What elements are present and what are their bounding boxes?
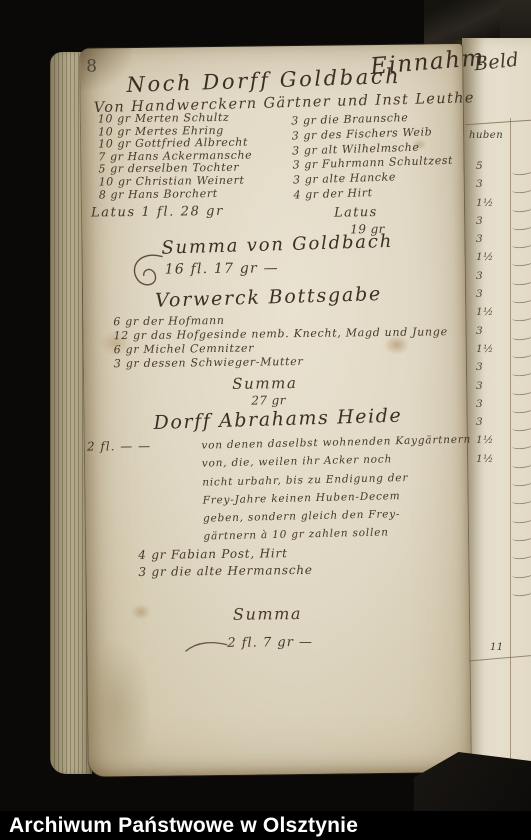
vorwerk-entry-list: 6 gr der Hofmann12 gr das Hofgesinde nem… <box>113 311 448 371</box>
facing-page-sliver: Beld huben 531½331½331½31½33331½1½ 11 <box>462 38 531 770</box>
huben-value-row: 1½ <box>466 343 530 361</box>
huben-value-row: 3 <box>466 380 530 398</box>
left-latus-total: Latus 1 fl. 28 gr <box>91 204 224 221</box>
huben-value-row: 1½ <box>466 453 530 471</box>
edge-stain <box>81 638 153 779</box>
vorwerk-summa-label: Summa <box>232 374 298 393</box>
archive-name-label: Archiwum Państwowe w Olsztynie <box>9 814 358 837</box>
huben-value-row: 3 <box>466 288 530 306</box>
huben-value-row: 3 <box>466 325 530 343</box>
vorwerk-summa-value: 27 gr <box>251 393 286 407</box>
section-heading: Noch Dorff Goldbach <box>126 64 402 97</box>
huben-value-row <box>466 526 530 544</box>
huben-value-row: 3 <box>466 416 530 434</box>
facing-page-column-header: huben <box>469 130 503 141</box>
huben-value-row <box>466 581 530 599</box>
huben-value-row: 1½ <box>466 251 530 269</box>
huben-value-row <box>466 544 530 562</box>
vorwerk-heading: Vorwerck Bottsgabe <box>155 283 383 312</box>
abrahamsheide-entry-list: 4 gr Fabian Post, Hirt3 gr die alte Herm… <box>138 545 313 580</box>
huben-value-row: 1½ <box>466 306 530 324</box>
huben-value-row <box>466 471 530 489</box>
page-number: 8 <box>86 56 97 76</box>
table-rule <box>465 120 531 126</box>
abrahamsheide-note: von denen daselbst wohnenden Kaygärtnern… <box>201 431 473 547</box>
abrahamsheide-summa-label: Summa <box>233 604 302 624</box>
huben-value-row <box>466 563 530 581</box>
foxing-stain <box>131 604 151 620</box>
huben-value-row: 5 <box>466 160 530 178</box>
huben-value-row: 3 <box>466 233 530 251</box>
manuscript-page: 8 Noch Dorff Goldbach Einnahm Von Handwe… <box>80 44 471 777</box>
summa-goldbach-label: Summa von Goldbach <box>161 231 393 259</box>
ink-flourish <box>183 637 229 656</box>
huben-value-row <box>466 508 530 526</box>
register-entry: 8 gr Hans Borchert <box>99 187 253 201</box>
huben-value-row: 3 <box>466 215 530 233</box>
abrahamsheide-summa-value: 2 fl. 7 gr — <box>227 635 313 651</box>
archive-photo: Beld huben 531½331½331½31½33331½1½ 11 8 … <box>0 0 531 840</box>
summa-goldbach-value: 16 fl. 17 gr — <box>165 260 279 277</box>
register-entry: 3 gr dessen Schwieger-Mutter <box>114 353 448 371</box>
right-entry-list: 3 gr die Braunsche3 gr des Fischers Weib… <box>291 110 454 204</box>
huben-value-row: 3 <box>466 270 530 288</box>
huben-value-row: 3 <box>466 361 530 379</box>
huben-value-row: 1½ <box>466 197 530 215</box>
huben-value-row <box>466 489 530 507</box>
left-entry-list: 10 gr Merten Schultz10 gr Mertes Ehring1… <box>98 112 253 202</box>
abrahamsheide-amount: 2 fl. — — <box>87 439 151 454</box>
register-entry: 3 gr die alte Hermansche <box>138 561 313 580</box>
abrahamsheide-heading: Dorff Abrahams Heide <box>153 405 402 434</box>
table-rule <box>464 655 531 662</box>
right-latus-label: Latus <box>334 205 378 221</box>
huben-value-row: 1½ <box>466 434 530 452</box>
huben-value-column: 531½331½331½31½33331½1½ <box>466 160 530 599</box>
huben-value-row: 3 <box>466 178 530 196</box>
huben-value-row: 3 <box>466 398 530 416</box>
facing-page-row-number: 11 <box>490 642 504 653</box>
caption-bar: Archiwum Państwowe w Olsztynie <box>0 811 531 840</box>
register-entry: 4 gr Fabian Post, Hirt <box>138 545 313 564</box>
ink-flourish <box>129 252 168 294</box>
